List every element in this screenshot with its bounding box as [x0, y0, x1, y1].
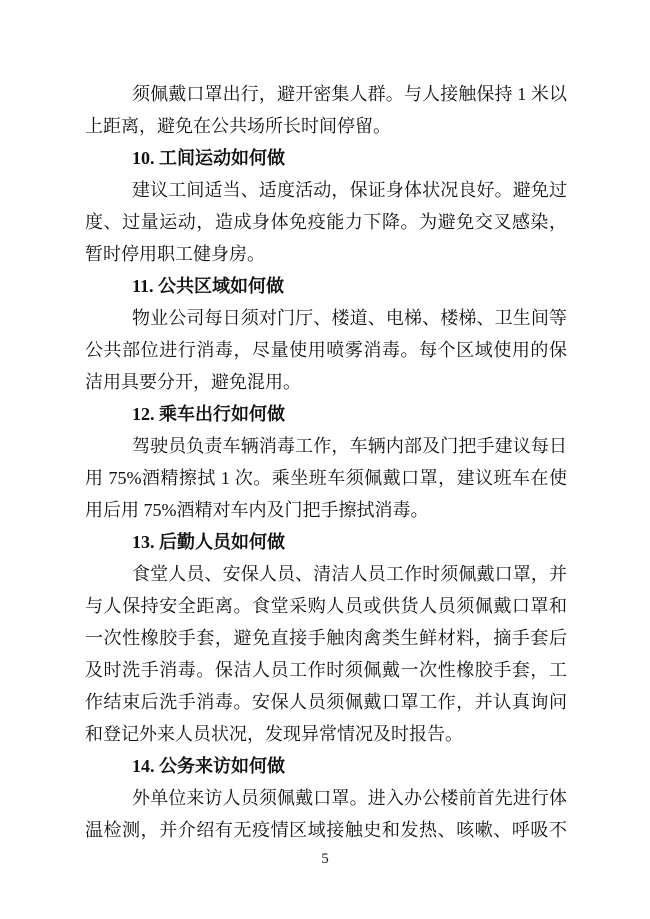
document-page: 须佩戴口罩出行，避开密集人群。与人接触保持 1 米以 上距离，避免在公共场所长时…: [0, 0, 650, 919]
paragraph-line: 食堂人员、安保人员、清洁人员工作时须佩戴口罩，并: [85, 558, 567, 590]
section-heading-14: 14. 公务来访如何做: [85, 750, 567, 782]
paragraph-line: 用后用 75%酒精对车内及门把手擦拭消毒。: [85, 494, 567, 526]
paragraph-line: 和登记外来人员状况，发现异常情况及时报告。: [85, 718, 567, 750]
paragraph-line: 度、过量运动，造成身体免疫能力下降。为避免交叉感染，: [85, 206, 567, 238]
paragraph-line: 外单位来访人员须佩戴口罩。进入办公楼前首先进行体: [85, 782, 567, 814]
section-heading-12: 12. 乘车出行如何做: [85, 398, 567, 430]
paragraph-line: 建议工间适当、适度活动，保证身体状况良好。避免过: [85, 174, 567, 206]
paragraph-line: 物业公司每日须对门厅、楼道、电梯、楼梯、卫生间等: [85, 302, 567, 334]
paragraph-line: 洁用具要分开，避免混用。: [85, 366, 567, 398]
paragraph-line: 公共部位进行消毒，尽量使用喷雾消毒。每个区域使用的保: [85, 334, 567, 366]
paragraph-line: 上距离，避免在公共场所长时间停留。: [85, 110, 567, 142]
paragraph-line: 温检测，并介绍有无疫情区域接触史和发热、咳嗽、呼吸不: [85, 814, 567, 846]
document-body: 须佩戴口罩出行，避开密集人群。与人接触保持 1 米以 上距离，避免在公共场所长时…: [85, 78, 567, 846]
section-heading-11: 11. 公共区域如何做: [85, 270, 567, 302]
paragraph-line: 作结束后洗手消毒。安保人员须佩戴口罩工作，并认真询问: [85, 686, 567, 718]
paragraph-line: 用 75%酒精擦拭 1 次。乘坐班车须佩戴口罩，建议班车在使: [85, 462, 567, 494]
paragraph-line: 须佩戴口罩出行，避开密集人群。与人接触保持 1 米以: [85, 78, 567, 110]
page-number: 5: [0, 844, 650, 874]
section-heading-13: 13. 后勤人员如何做: [85, 526, 567, 558]
paragraph-line: 一次性橡胶手套，避免直接手触肉禽类生鲜材料，摘手套后: [85, 622, 567, 654]
paragraph-line: 暂时停用职工健身房。: [85, 238, 567, 270]
paragraph-line: 驾驶员负责车辆消毒工作，车辆内部及门把手建议每日: [85, 430, 567, 462]
section-heading-10: 10. 工间运动如何做: [85, 142, 567, 174]
paragraph-line: 与人保持安全距离。食堂采购人员或供货人员须佩戴口罩和: [85, 590, 567, 622]
paragraph-line: 及时洗手消毒。保洁人员工作时须佩戴一次性橡胶手套，工: [85, 654, 567, 686]
